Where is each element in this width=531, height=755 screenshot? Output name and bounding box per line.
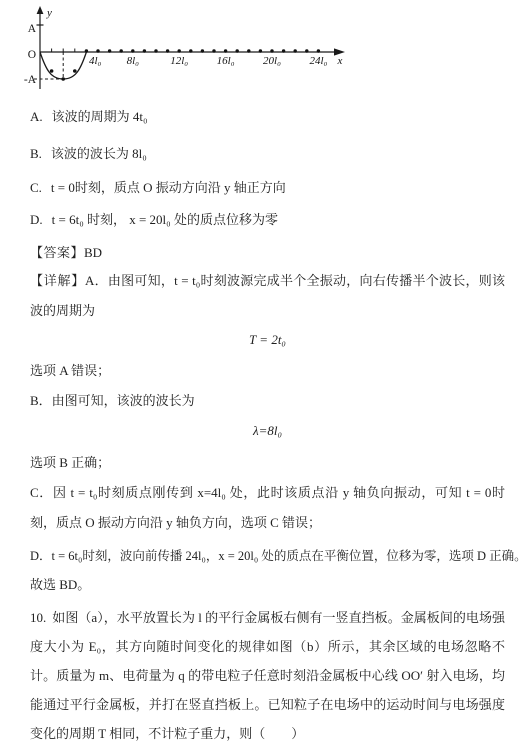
y-axis-label: y: [46, 7, 52, 19]
answer-tag: 【答案】: [30, 245, 84, 260]
origin-label: O: [28, 49, 36, 61]
document-content: A.该波的周期为 4t₀ B.该波的波长为 8l₀ C.t = 0时刻，质点 O…: [0, 107, 531, 748]
option-c-letter: C.: [30, 180, 42, 195]
tick-label-8l0: 8l₀: [127, 55, 140, 67]
answer-value: BD: [84, 245, 102, 260]
formula-period: T = 2t₀: [30, 330, 505, 350]
explanation-paragraph-a: 【详解】A．由图可知，t = t₀时刻波源完成半个全振动，向右传播半个波长，则该…: [30, 266, 505, 326]
option-c: C.t = 0时刻，质点 O 振动方向沿 y 轴正方向: [30, 178, 505, 198]
tick-label-12l0: 12l₀: [170, 55, 188, 67]
tick-label-16l0: 16l₀: [217, 55, 235, 67]
y-axis-arrow-icon: [37, 6, 44, 14]
formula-wavelength: λ=8l₀: [30, 421, 505, 441]
explanation-tag: 【详解】: [30, 273, 85, 288]
dashed-guides: [34, 52, 63, 79]
final-conclusion: 故选 BD。: [30, 575, 505, 595]
amp-pos-label: A: [28, 23, 37, 35]
option-c-text: t = 0时刻，质点 O 振动方向沿 y 轴正方向: [51, 180, 286, 195]
answer-line: 【答案】BD: [30, 243, 505, 263]
tick-label-24l0: 24l₀: [309, 55, 327, 67]
question-10: 10.如图（a），水平放置长为 l 的平行金属板右侧有一竖直挡板。金属板间的电场…: [30, 603, 505, 748]
option-d-letter: D.: [30, 212, 43, 227]
wave-diagram-figure: y A O -A 4l₀ 8l₀ 12l₀ 16l₀ 20l₀ 24l₀ x: [0, 3, 531, 95]
axis-particle-dots: [85, 49, 320, 52]
question-10-number: 10.: [30, 610, 46, 625]
option-b-letter: B.: [30, 146, 42, 161]
wave-diagram: y A O -A 4l₀ 8l₀ 12l₀ 16l₀ 20l₀ 24l₀ x: [0, 3, 360, 95]
document-page: y A O -A 4l₀ 8l₀ 12l₀ 16l₀ 20l₀ 24l₀ x A…: [0, 0, 531, 755]
amp-neg-label: -A: [24, 74, 37, 86]
option-a-text: 该波的周期为 4t₀: [52, 109, 148, 124]
option-b: B.该波的波长为 8l₀: [30, 144, 505, 164]
option-a-letter: A.: [30, 109, 43, 124]
conclusion-a: 选项 A 错误；: [30, 361, 505, 381]
option-a: A.该波的周期为 4t₀: [30, 107, 505, 127]
option-d: D.t = 6t₀ 时刻， x = 20l₀ 处的质点位移为零: [30, 210, 505, 230]
explanation-paragraph-b: B．由图可知，该波的波长为: [30, 391, 505, 411]
option-b-text: 该波的波长为 8l₀: [51, 146, 147, 161]
option-d-text: t = 6t₀ 时刻， x = 20l₀ 处的质点位移为零: [52, 212, 278, 227]
tick-label-4l0: 4l₀: [89, 55, 102, 67]
question-10-text: 如图（a），水平放置长为 l 的平行金属板右侧有一竖直挡板。金属板间的电场强度大…: [30, 610, 505, 741]
conclusion-b: 选项 B 正确；: [30, 453, 505, 473]
explanation-paragraph-c: C．因 t = t₀时刻质点刚传到 x=4l₀ 处，此时该质点沿 y 轴负向振动…: [30, 478, 505, 538]
explanation-paragraph-d: D．t = 6t₀时刻，波向前传播 24l₀，x = 20l₀ 处的质点在平衡位…: [30, 546, 505, 566]
tick-label-20l0: 20l₀: [263, 55, 281, 67]
x-axis-label: x: [337, 55, 343, 67]
explanation-a-text: A．由图可知，t = t₀时刻波源完成半个全振动，向右传播半个波长，则该波的周期…: [30, 273, 505, 318]
